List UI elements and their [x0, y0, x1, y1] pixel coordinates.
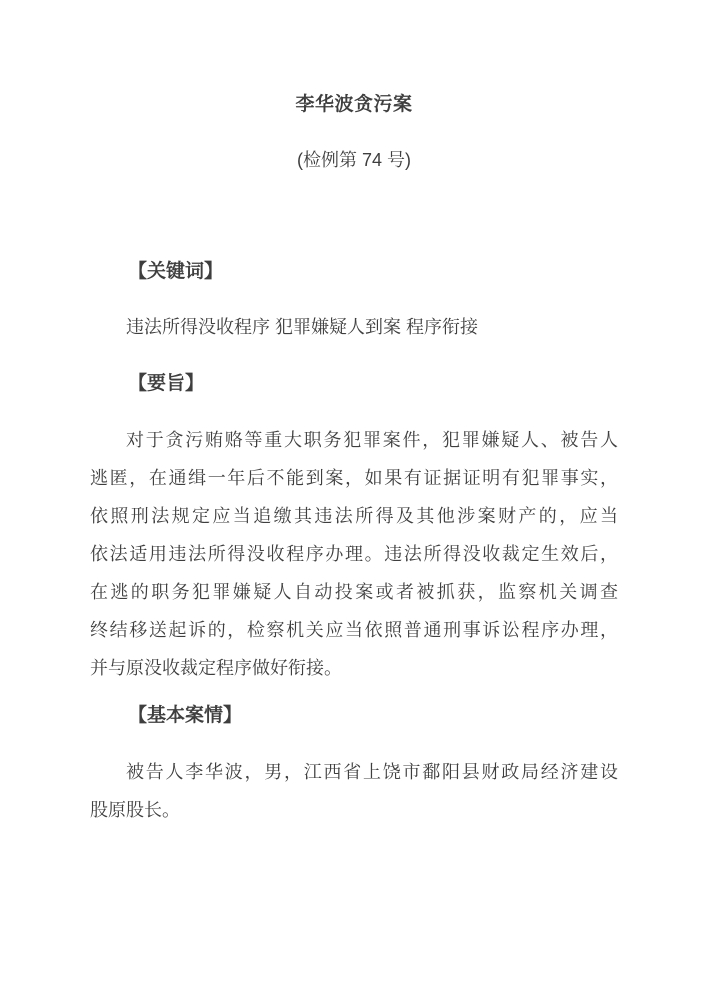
case-number: (检例第 74 号): [90, 141, 618, 179]
summary-line: 依照刑法规定应当追缴其违法所得及其他涉案财产的，应当: [90, 497, 618, 535]
keywords-content: 违法所得没收程序 犯罪嫌疑人到案 程序衔接: [90, 308, 618, 346]
document-page: 李华波贪污案 (检例第 74 号) 【关键词】 违法所得没收程序 犯罪嫌疑人到案…: [0, 0, 707, 999]
summary-line: 并与原没收裁定程序做好衔接。: [90, 649, 618, 687]
basic-facts-line: 被告人李华波，男，江西省上饶市鄱阳县财政局经济建设: [90, 753, 618, 791]
summary-line: 依法适用违法所得没收程序办理。违法所得没收裁定生效后，: [90, 535, 618, 573]
summary-paragraph: 对于贪污贿赂等重大职务犯罪案件，犯罪嫌疑人、被告人 逃匿，在通缉一年后不能到案，…: [90, 421, 618, 687]
summary-heading: 【要旨】: [90, 365, 618, 403]
basic-facts-line: 股原股长。: [90, 791, 618, 829]
summary-line: 对于贪污贿赂等重大职务犯罪案件，犯罪嫌疑人、被告人: [90, 421, 618, 459]
keywords-heading: 【关键词】: [90, 253, 618, 291]
basic-facts-heading: 【基本案情】: [90, 697, 618, 735]
summary-line: 逃匿，在通缉一年后不能到案，如果有证据证明有犯罪事实，: [90, 459, 618, 497]
summary-line: 终结移送起诉的，检察机关应当依照普通刑事诉讼程序办理，: [90, 611, 618, 649]
document-title: 李华波贪污案: [90, 86, 618, 124]
basic-facts-paragraph: 被告人李华波，男，江西省上饶市鄱阳县财政局经济建设 股原股长。: [90, 753, 618, 829]
summary-line: 在逃的职务犯罪嫌疑人自动投案或者被抓获，监察机关调查: [90, 573, 618, 611]
